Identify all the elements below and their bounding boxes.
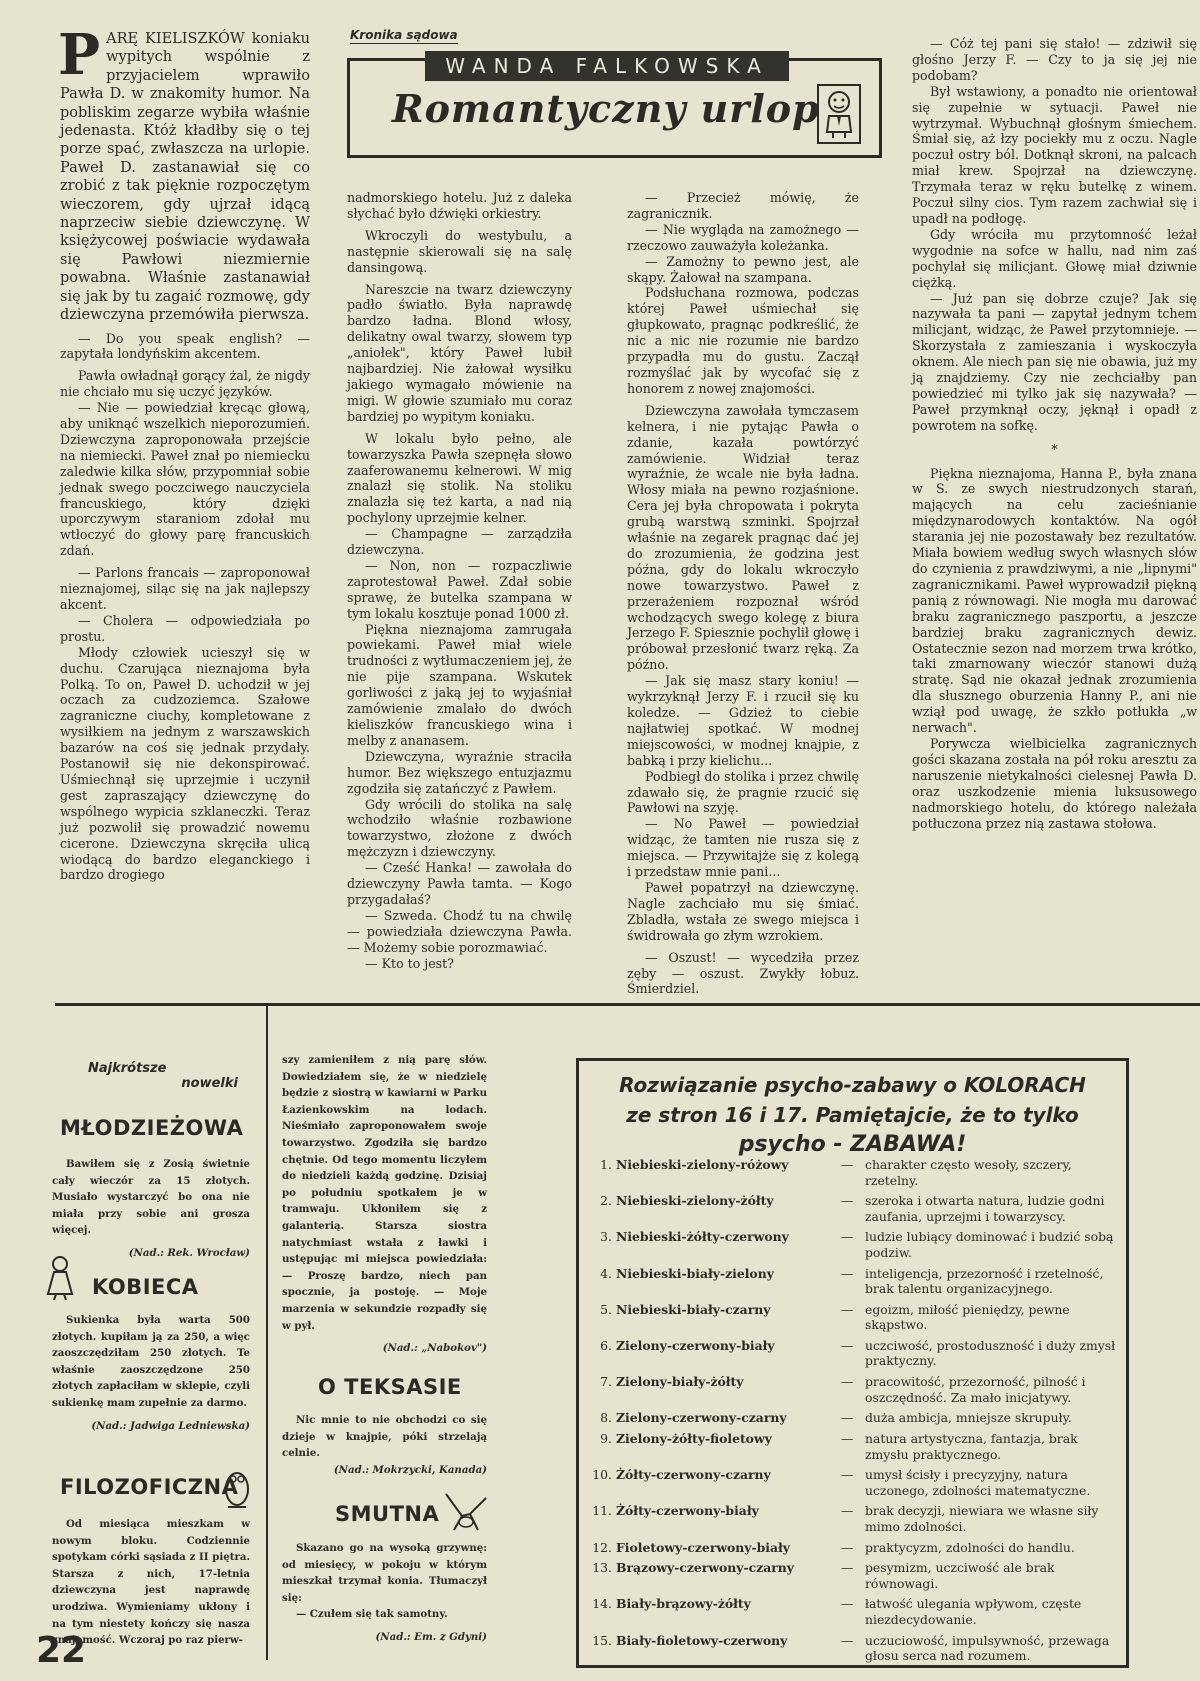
- page-number: 22: [36, 1630, 86, 1671]
- quiz-description: egoizm, miłość pieniędzy, pewne skąpstwo…: [865, 1302, 1120, 1333]
- story-text: Nic mnie to nie obchodzi co się dzieje w…: [282, 1412, 487, 1462]
- story-filozoficzna-continued: szy zamieniłem z nią parę słów. Dowiedzi…: [282, 1052, 487, 1357]
- paragraph: — Oszust! — wycedziła przez zęby — oszus…: [627, 950, 859, 998]
- short-stories-kicker: Najkrótsze nowelki: [88, 1061, 238, 1091]
- paragraph: Podsłuchana rozmowa, podczas której Pawe…: [627, 285, 859, 396]
- article-column-4: — Cóż tej pani się stało! — zdziwił się …: [912, 36, 1197, 831]
- kicker-line: Najkrótsze: [88, 1061, 238, 1076]
- paragraph: Podbiegł do stolika i przez chwilę zdawa…: [627, 769, 859, 817]
- quiz-dash: —: [841, 1431, 865, 1462]
- handstand-figure-icon: [440, 1490, 490, 1532]
- quiz-color-combination: Niebieski-biały-czarny: [616, 1302, 841, 1333]
- quiz-row-number: 13.: [590, 1560, 612, 1591]
- quiz-description: szeroka i otwarta natura, ludzie godni z…: [865, 1193, 1120, 1224]
- paragraph: Piękna nieznajoma zamrugała powiekami. P…: [347, 622, 572, 749]
- quiz-color-combination: Zielony-żółty-fioletowy: [616, 1431, 841, 1462]
- story-heading-smutna: SMUTNA: [335, 1502, 439, 1526]
- paragraph: — Szweda. Chodź tu na chwilę — powiedzia…: [347, 908, 572, 956]
- paragraph: Porywcza wielbicielka zagranicznych gośc…: [912, 736, 1197, 831]
- quiz-dash: —: [841, 1302, 865, 1333]
- quiz-dash: —: [841, 1266, 865, 1297]
- quiz-color-combination: Zielony-biały-żółty: [616, 1374, 841, 1405]
- quiz-description: brak decyzji, niewiara we własne siły mi…: [865, 1503, 1120, 1534]
- story-heading-kobieca: KOBIECA: [92, 1275, 199, 1299]
- article-column-2: nadmorskiego hotelu. Już z daleka słycha…: [347, 190, 572, 972]
- quiz-row-number: 7.: [590, 1374, 612, 1405]
- quiz-title: Rozwiązanie psycho-zabawy o KOLORACH ze …: [576, 1070, 1129, 1160]
- quiz-row-number: 2.: [590, 1193, 612, 1224]
- quiz-color-combination: Zielony-czerwony-czarny: [616, 1410, 841, 1426]
- horizontal-divider: [55, 1003, 1200, 1006]
- quiz-row: 2.Niebieski-zielony-żółty—szeroka i otwa…: [590, 1193, 1120, 1224]
- quiz-row: 14.Biały-brązowy-żółty—łatwość ulegania …: [590, 1596, 1120, 1627]
- article-author: WANDA FALKOWSKA: [425, 51, 789, 81]
- quiz-row: 4.Niebieski-biały-zielony—inteligencja, …: [590, 1266, 1120, 1297]
- story-signature: (Nad.: Em. z Gdyni): [282, 1629, 487, 1646]
- paragraph: Piękna nieznajoma, Hanna P., była znana …: [912, 466, 1197, 736]
- story-text: szy zamieniłem z nią parę słów. Dowiedzi…: [282, 1052, 487, 1334]
- quiz-row-number: 10.: [590, 1467, 612, 1498]
- story-text: Bawiłem się z Zosią świetnie cały wieczó…: [52, 1156, 250, 1239]
- paragraph: Dziewczyna, wyraźnie straciła humor. Bez…: [347, 749, 572, 797]
- quiz-color-combination: Brązowy-czerwony-czarny: [616, 1560, 841, 1591]
- story-text: Skazano go na wysoką grzywnę: od miesięc…: [282, 1540, 487, 1606]
- paragraph: nadmorskiego hotelu. Już z daleka słycha…: [347, 190, 572, 222]
- paragraph: — Cholera — odpowiedziała po prostu.: [60, 613, 310, 645]
- paragraph: — Non, non — rozpaczliwie zaprotestował …: [347, 558, 572, 622]
- quiz-dash: —: [841, 1540, 865, 1556]
- quiz-row-number: 8.: [590, 1410, 612, 1426]
- quiz-dash: —: [841, 1467, 865, 1498]
- paragraph: — Champagne — zarządziła dziewczyna.: [347, 526, 572, 558]
- paragraph: Pawła owładnął gorący żal, że nigdy nie …: [60, 368, 310, 400]
- story-smutna: Skazano go na wysoką grzywnę: od miesięc…: [282, 1540, 487, 1646]
- paragraph: W lokalu było pełno, ale towarzyszka Paw…: [347, 431, 572, 526]
- quiz-description: duża ambicja, mniejsze skrupuły.: [865, 1410, 1120, 1426]
- paragraph: — Do you speak english? — zapytała londy…: [60, 331, 310, 363]
- quiz-description: ludzie lubiący dominować i budzić sobą p…: [865, 1229, 1120, 1260]
- quiz-row: 9.Zielony-żółty-fioletowy—natura artysty…: [590, 1431, 1120, 1462]
- quiz-color-combination: Niebieski-biały-zielony: [616, 1266, 841, 1297]
- paragraph: — Jak się masz stary koniu! — wykrzyknął…: [627, 673, 859, 768]
- quiz-description: pesymizm, uczciwość ale brak równowagi.: [865, 1560, 1120, 1591]
- quiz-color-combination: Niebieski-żółty-czerwony: [616, 1229, 841, 1260]
- quiz-color-combination: Niebieski-zielony-różowy: [616, 1157, 841, 1188]
- kicker-line: nowelki: [88, 1076, 238, 1091]
- paragraph: — Już pan się dobrze czuje? Jak się nazy…: [912, 291, 1197, 434]
- quiz-description: łatwość ulegania wpływom, częste niezdec…: [865, 1596, 1120, 1627]
- quiz-row: 10.Żółty-czerwony-czarny—umysł ścisły i …: [590, 1467, 1120, 1498]
- quiz-description: umysł ścisły i precyzyjny, natura uczone…: [865, 1467, 1120, 1498]
- quiz-row-number: 5.: [590, 1302, 612, 1333]
- quiz-color-combination: Niebieski-zielony-żółty: [616, 1193, 841, 1224]
- quiz-row: 8.Zielony-czerwony-czarny—duża ambicja, …: [590, 1410, 1120, 1426]
- quiz-description: praktycyzm, zdolności do handlu.: [865, 1540, 1120, 1556]
- quiz-description: natura artystyczna, fantazja, brak zmysł…: [865, 1431, 1120, 1462]
- story-signature: (Nad.: Jadwiga Ledniewska): [52, 1418, 250, 1435]
- quiz-description: pracowitość, przezorność, pilność i oszc…: [865, 1374, 1120, 1405]
- cartoon-girl-icon: [44, 1254, 80, 1300]
- quiz-dash: —: [841, 1193, 865, 1224]
- story-filozoficzna: Od miesiąca mieszkam w nowym bloku. Codz…: [52, 1516, 250, 1649]
- quiz-row: 5.Niebieski-biały-czarny—egoizm, miłość …: [590, 1302, 1120, 1333]
- section-kicker: Kronika sądowa: [350, 28, 458, 44]
- paragraph: Nareszcie na twarz dziewczyny padło świa…: [347, 282, 572, 425]
- paragraph: — Przecież mówię, że zagranicznik.: [627, 190, 859, 222]
- paragraph: Był wstawiony, a ponadto nie orientował …: [912, 84, 1197, 227]
- quiz-title-line: psycho - ZABAWA!: [576, 1130, 1129, 1160]
- quiz-answer-list: 1.Niebieski-zielony-różowy—charakter czę…: [590, 1157, 1120, 1669]
- quiz-row: 3.Niebieski-żółty-czerwony—ludzie lubiąc…: [590, 1229, 1120, 1260]
- quiz-description: inteligencja, przezorność i rzetelność, …: [865, 1266, 1120, 1297]
- quiz-color-combination: Biały-fioletowy-czerwony: [616, 1633, 841, 1664]
- paragraph: — Cóż tej pani się stało! — zdziwił się …: [912, 36, 1197, 84]
- quiz-row: 6.Zielony-czerwony-biały—uczciwość, pros…: [590, 1338, 1120, 1369]
- quiz-row: 1.Niebieski-zielony-różowy—charakter czę…: [590, 1157, 1120, 1188]
- paragraph: — Nie — powiedział kręcąc głową, aby uni…: [60, 400, 310, 559]
- quiz-description: uczciwość, prostoduszność i duży zmysł p…: [865, 1338, 1120, 1369]
- quiz-color-combination: Biały-brązowy-żółty: [616, 1596, 841, 1627]
- paragraph: — Nie wygląda na zamożnego — rzeczowo za…: [627, 222, 859, 254]
- quiz-row: 7.Zielony-biały-żółty—pracowitość, przez…: [590, 1374, 1120, 1405]
- quiz-row: 12.Fioletowy-czerwony-biały—praktycyzm, …: [590, 1540, 1120, 1556]
- quiz-dash: —: [841, 1157, 865, 1188]
- story-text: Od miesiąca mieszkam w nowym bloku. Codz…: [52, 1516, 250, 1649]
- paragraph: Gdy wróciła mu przytomność leżał wygodni…: [912, 227, 1197, 291]
- quiz-title-line: ze stron 16 i 17. Pamiętajcie, że to tyl…: [576, 1100, 1129, 1130]
- story-o-teksasie: Nic mnie to nie obchodzi co się dzieje w…: [282, 1412, 487, 1478]
- story-quote: — Czułem się tak samotny.: [282, 1606, 487, 1623]
- quiz-row-number: 14.: [590, 1596, 612, 1627]
- section-separator: *: [912, 442, 1197, 458]
- paragraph: — No Paweł — powiedział widząc, że tamte…: [627, 816, 859, 880]
- quiz-row: 11.Żółty-czerwony-biały—brak decyzji, ni…: [590, 1503, 1120, 1534]
- paragraph: Paweł popatrzył na dziewczynę. Nagle zac…: [627, 880, 859, 944]
- paragraph: Młody człowiek ucieszył się w duchu. Cza…: [60, 645, 310, 884]
- quiz-color-combination: Fioletowy-czerwony-biały: [616, 1540, 841, 1556]
- quiz-row-number: 3.: [590, 1229, 612, 1260]
- story-signature: (Nad.: Mokrzycki, Kanada): [282, 1462, 487, 1479]
- article-column-3: — Przecież mówię, że zagranicznik. — Nie…: [627, 190, 859, 997]
- story-heading-o-teksasie: O TEKSASIE: [318, 1375, 462, 1399]
- quiz-dash: —: [841, 1410, 865, 1426]
- paragraph: — Cześć Hanka! — zawołała do dziewczyny …: [347, 860, 572, 908]
- quiz-title-line: Rozwiązanie psycho-zabawy o KOLORACH: [576, 1070, 1129, 1100]
- quiz-row-number: 9.: [590, 1431, 612, 1462]
- story-kobieca: Sukienka była warta 500 złotych. kupiłam…: [52, 1312, 250, 1434]
- cartoon-figure-icon: [817, 84, 861, 144]
- quiz-dash: —: [841, 1633, 865, 1664]
- quiz-dash: —: [841, 1560, 865, 1591]
- paragraph: Dziewczyna zawołała tymczasem kelnera, i…: [627, 403, 859, 673]
- paragraph: Wkroczyli do westybulu, a następnie skie…: [347, 228, 572, 276]
- quiz-dash: —: [841, 1229, 865, 1260]
- quiz-description: uczuciowość, impulsywność, przewaga głos…: [865, 1633, 1120, 1664]
- quiz-dash: —: [841, 1503, 865, 1534]
- drop-cap: P: [58, 32, 100, 78]
- quiz-row: 15.Biały-fioletowy-czerwony—uczuciowość,…: [590, 1633, 1120, 1664]
- story-text: Sukienka była warta 500 złotych. kupiłam…: [52, 1312, 250, 1412]
- quiz-row-number: 6.: [590, 1338, 612, 1369]
- story-heading-filozoficzna: FILOZOFICZNA: [60, 1475, 238, 1499]
- vertical-divider: [266, 1005, 268, 1660]
- quiz-row: 13.Brązowy-czerwony-czarny—pesymizm, ucz…: [590, 1560, 1120, 1591]
- quiz-color-combination: Zielony-czerwony-biały: [616, 1338, 841, 1369]
- quiz-row-number: 1.: [590, 1157, 612, 1188]
- quiz-color-combination: Żółty-czerwony-biały: [616, 1503, 841, 1534]
- paragraph: — Parlons francais — zaproponował niezna…: [60, 565, 310, 613]
- paragraph: Gdy wrócili do stolika na salę wchodziło…: [347, 797, 572, 861]
- owl-icon: [222, 1465, 252, 1509]
- quiz-row-number: 12.: [590, 1540, 612, 1556]
- quiz-row-number: 4.: [590, 1266, 612, 1297]
- story-heading-mlodziezowa: MŁODZIEŻOWA: [60, 1116, 243, 1140]
- story-signature: (Nad.: Rek. Wrocław): [52, 1245, 250, 1262]
- quiz-description: charakter często wesoły, szczery, rzetel…: [865, 1157, 1120, 1188]
- quiz-dash: —: [841, 1596, 865, 1627]
- paragraph: — Zamożny to pewno jest, ale skąpy. Żało…: [627, 254, 859, 286]
- quiz-color-combination: Żółty-czerwony-czarny: [616, 1467, 841, 1498]
- story-signature: (Nad.: „Nabokov"): [282, 1340, 487, 1357]
- quiz-dash: —: [841, 1374, 865, 1405]
- article-title: Romantyczny urlop: [392, 86, 820, 131]
- article-column-1: P ARĘ KIELISZKÓW koniaku wypitych wspóln…: [60, 30, 310, 883]
- quiz-dash: —: [841, 1338, 865, 1369]
- quiz-row-number: 15.: [590, 1633, 612, 1664]
- paragraph: — Kto to jest?: [347, 956, 572, 972]
- story-mlodziezowa: Bawiłem się z Zosią świetnie cały wieczó…: [52, 1156, 250, 1262]
- quiz-row-number: 11.: [590, 1503, 612, 1534]
